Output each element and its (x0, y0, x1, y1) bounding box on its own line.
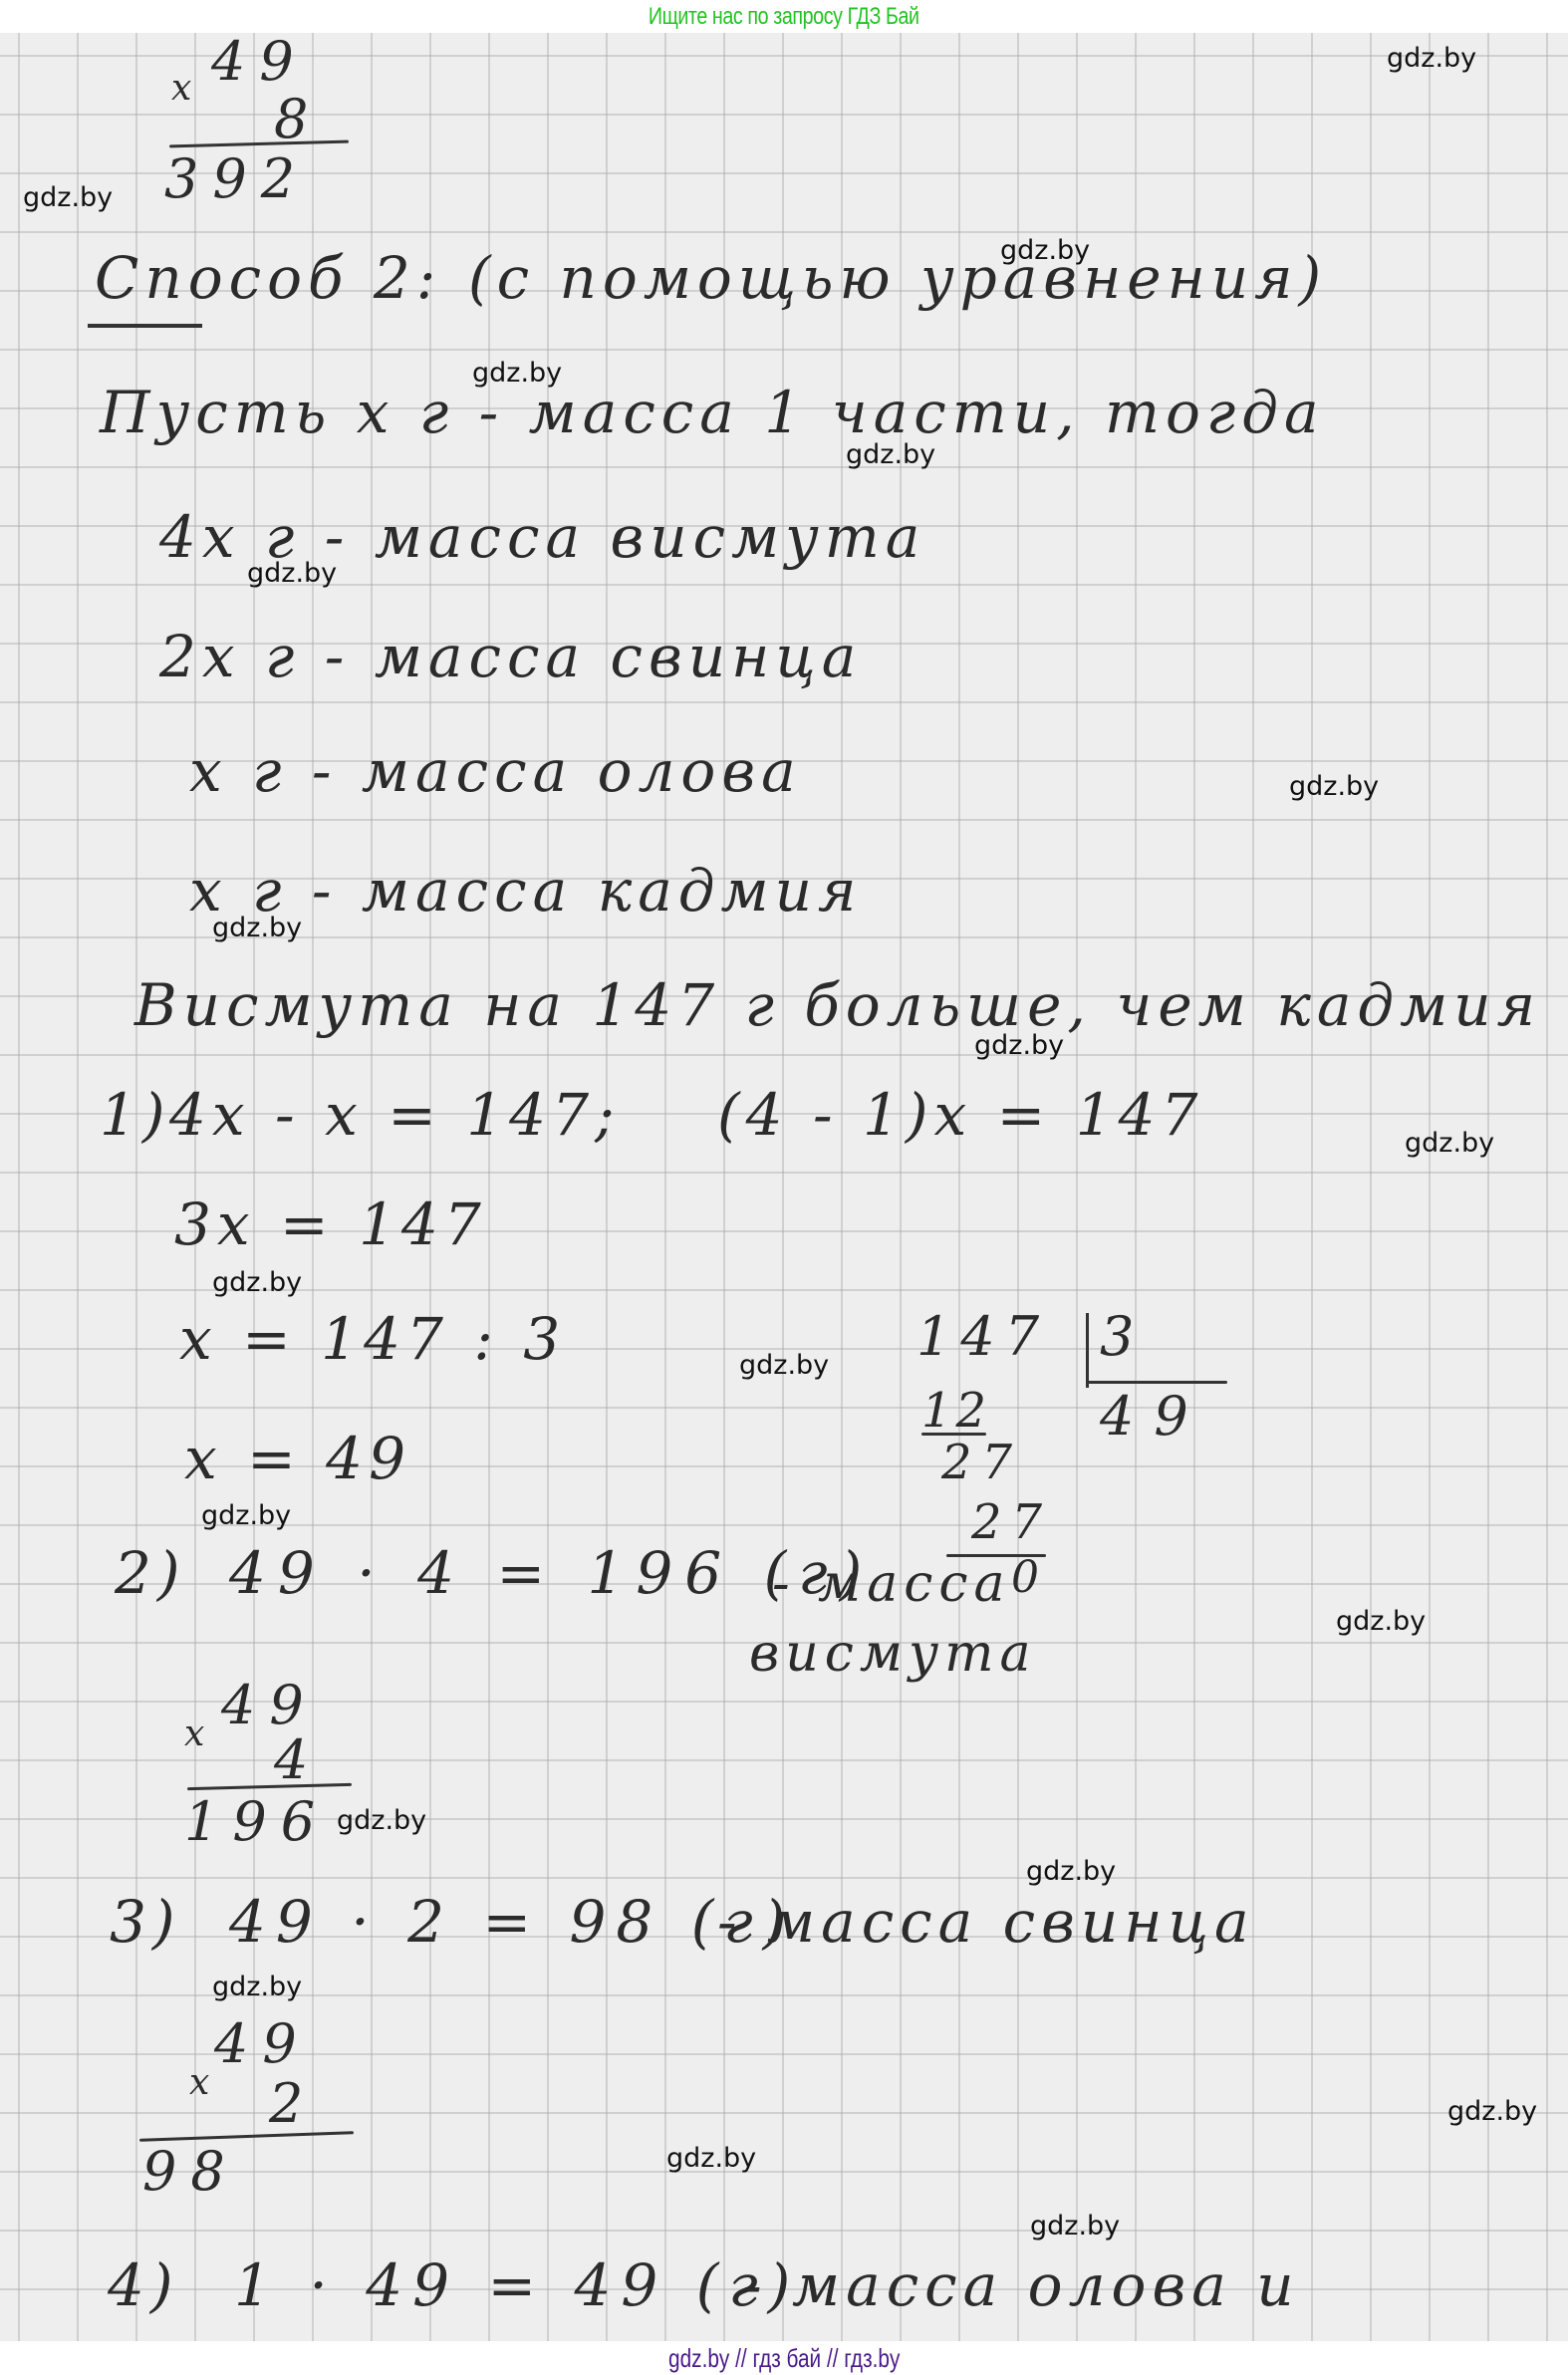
top-banner-text: Ищите нас по запросу ГДЗ Бай (649, 0, 919, 33)
watermark: gdz.by (247, 558, 337, 589)
method-title-underline (88, 324, 202, 328)
step1-equation-factored: (4 - 1)x = 147 (717, 1081, 1203, 1149)
watermark: gdz.by (974, 1030, 1064, 1061)
watermark: gdz.by (1289, 771, 1379, 802)
step1-solution: x = 49 (184, 1425, 411, 1492)
factor-b: 2 (269, 2072, 317, 2135)
step2-description-cont: висмута (749, 1624, 1036, 1684)
division-bar (1086, 1313, 1089, 1388)
bottom-banner-links[interactable]: gdz.by // гдз бай // гдз.by (668, 2341, 900, 2375)
step4-label: 4) (108, 2251, 179, 2319)
factor-a: 49 (221, 1674, 318, 1736)
watermark: gdz.by (212, 1267, 302, 1298)
multiply-sign: x (184, 1714, 204, 1754)
step3-label: 3) (110, 1888, 181, 1956)
bottom-banner: gdz.by // гдз бай // гдз.by (0, 2341, 1568, 2375)
watermark: gdz.by (1000, 235, 1090, 266)
divisor: 3 (1100, 1305, 1148, 1368)
step3-expression: 49 · 2 = 98 (г) (229, 1888, 795, 1956)
dividend: 147 (916, 1305, 1049, 1368)
method-note: (с помощью уравнения) (468, 244, 1327, 312)
watermark: gdz.by (846, 439, 935, 470)
step1-equation-division: x = 147 : 3 (179, 1305, 566, 1373)
watermark: gdz.by (1026, 1856, 1116, 1887)
multiply-sign: x (171, 68, 191, 109)
watermark: gdz.by (1387, 43, 1476, 74)
step2-description: - масса (772, 1554, 1010, 1614)
quotient: 49 (1100, 1385, 1208, 1448)
product: 392 (164, 147, 309, 210)
step2-label: 2) (115, 1539, 186, 1607)
definition-lead: 2x г - масса свинца (159, 623, 862, 690)
watermark: gdz.by (212, 1972, 302, 2002)
product: 98 (142, 2140, 239, 2203)
watermark: gdz.by (1405, 1128, 1494, 1159)
step1-equation: 4x - x = 147; (169, 1081, 621, 1149)
remainder-1: 27 (941, 1435, 1022, 1490)
watermark: gdz.by (666, 2143, 756, 2174)
watermark: gdz.by (212, 913, 302, 943)
subtrahend-1: 12 (921, 1383, 990, 1439)
multiply-sign: x (189, 2062, 209, 2103)
watermark: gdz.by (739, 1350, 829, 1381)
watermark: gdz.by (337, 1805, 426, 1836)
factor-a: 49 (214, 2012, 311, 2075)
watermark: gdz.by (1336, 1606, 1426, 1637)
step1-equation-3x: 3x = 147 (174, 1190, 487, 1258)
step4-description: - масса олова и (742, 2251, 1300, 2319)
product: 196 (184, 1790, 329, 1853)
quotient-rule (1088, 1381, 1227, 1384)
watermark: gdz.by (1447, 2096, 1537, 2127)
condition-text: Висмута на 147 г больше, чем кадмия (134, 971, 1541, 1039)
let-statement: Пусть x г - масса 1 части, тогда (100, 379, 1325, 446)
definition-tin: x г - масса олова (189, 737, 802, 805)
step1-label: 1) (100, 1081, 171, 1149)
remainder-2: 0 (1011, 1552, 1053, 1603)
watermark: gdz.by (472, 358, 562, 389)
factor-a: 49 (211, 30, 308, 93)
subtrahend-2: 27 (971, 1494, 1052, 1550)
step4-expression: 1 · 49 = 49 (г) (234, 2251, 800, 2319)
watermark: gdz.by (1030, 2211, 1120, 2242)
method-title: Способ 2: (95, 244, 441, 312)
top-banner: Ищите нас по запросу ГДЗ Бай (0, 0, 1568, 33)
factor-b: 4 (274, 1728, 322, 1791)
watermark: gdz.by (201, 1500, 291, 1531)
step3-description: - масса свинца (717, 1888, 1255, 1956)
watermark: gdz.by (23, 182, 113, 213)
